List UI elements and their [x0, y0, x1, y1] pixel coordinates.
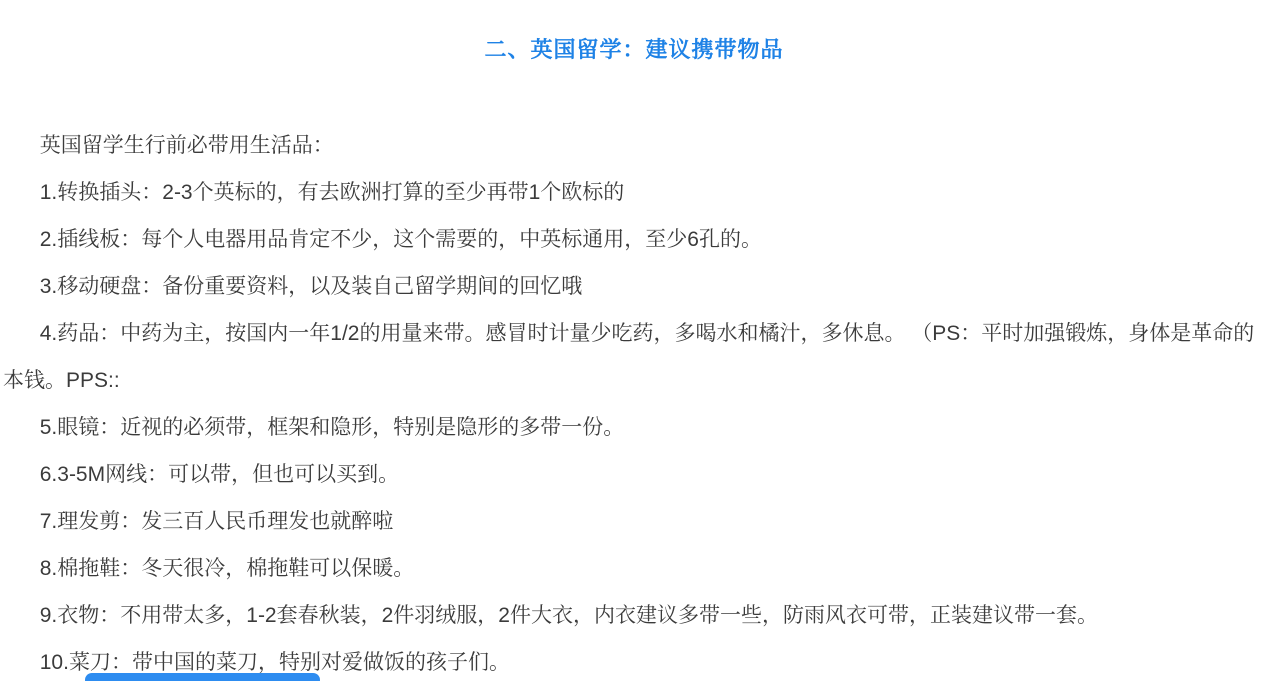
list-item-8: 8.棉拖鞋：冬天很冷，棉拖鞋可以保暖。 [3, 545, 1265, 592]
list-item-4: 4.药品：中药为主，按国内一年1/2的用量来带。感冒时计量少吃药，多喝水和橘汁，… [3, 310, 1265, 404]
list-item-5: 5.眼镜：近视的必须带，框架和隐形，特别是隐形的多带一份。 [3, 404, 1265, 451]
list-item-7: 7.理发剪：发三百人民币理发也就醉啦 [3, 498, 1265, 545]
intro-paragraph: 英国留学生行前必带用生活品： [3, 122, 1265, 169]
list-item-9: 9.衣物：不用带太多，1-2套春秋装，2件羽绒服，2件大衣，内衣建议多带一些，防… [3, 592, 1265, 639]
list-item-3: 3.移动硬盘：备份重要资料，以及装自己留学期间的回忆哦 [3, 263, 1265, 310]
document-page: 二、英国留学：建议携带物品 英国留学生行前必带用生活品： 1.转换插头：2-3个… [0, 0, 1268, 681]
list-item-2: 2.插线板：每个人电器用品肯定不少，这个需要的，中英标通用，至少6孔的。 [3, 216, 1265, 263]
list-item-1: 1.转换插头：2-3个英标的，有去欧洲打算的至少再带1个欧标的 [3, 169, 1265, 216]
horizontal-scrollbar-thumb[interactable] [85, 673, 320, 681]
page-title: 二、英国留学：建议携带物品 [3, 38, 1265, 62]
list-item-6: 6.3-5M网线：可以带，但也可以买到。 [3, 451, 1265, 498]
